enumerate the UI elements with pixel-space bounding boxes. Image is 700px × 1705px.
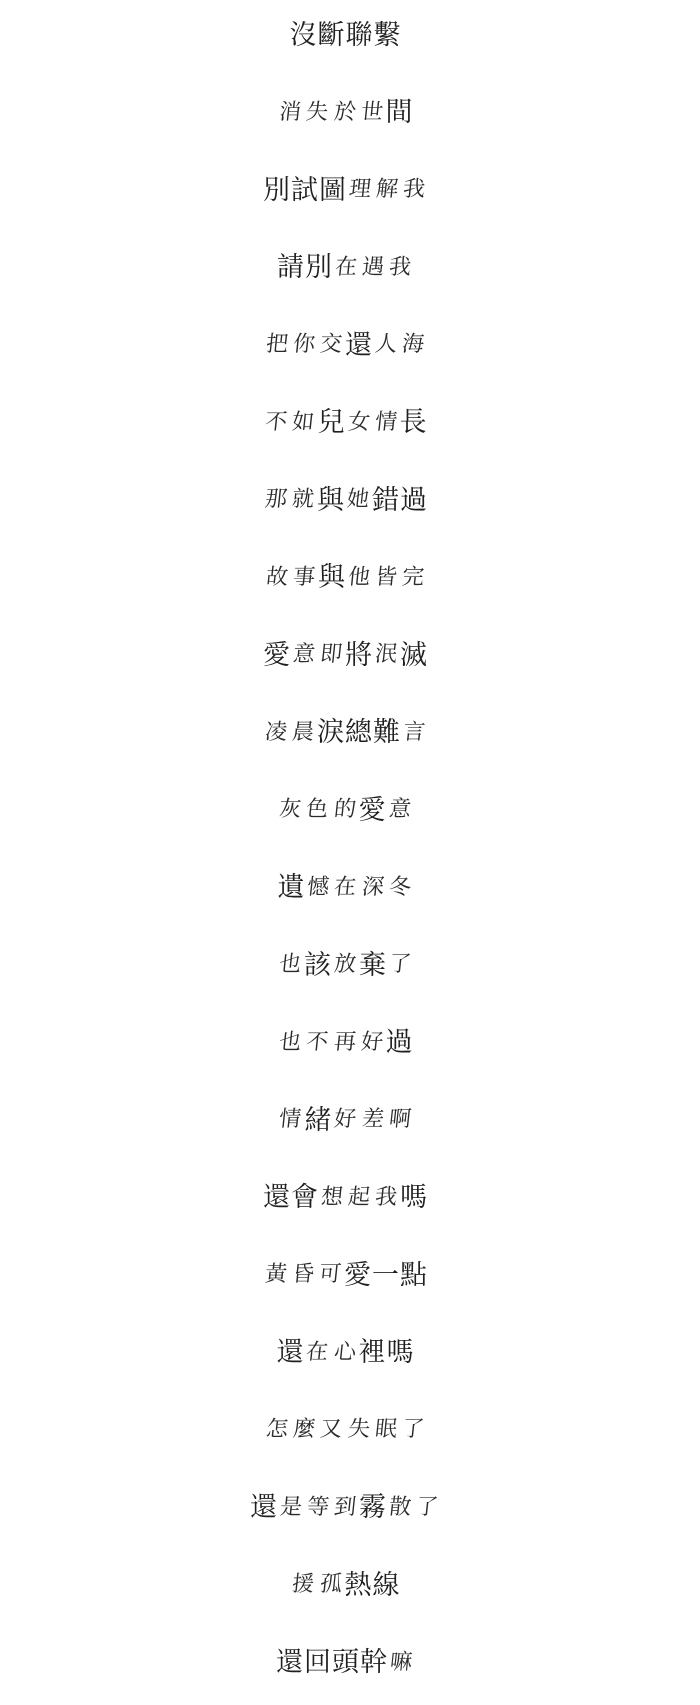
poem-character: 錯 xyxy=(372,487,399,514)
poem-character: 完 xyxy=(401,567,425,589)
poem-line: 消失於世間 xyxy=(0,93,690,133)
poem-character: 消 xyxy=(278,102,302,124)
poem-character: 難 xyxy=(373,719,400,746)
poem-line: 黃昏可愛一點 xyxy=(0,1255,690,1295)
poem-line: 也該放棄了 xyxy=(0,945,690,985)
poem-character: 了 xyxy=(400,1419,424,1441)
poem-character: 憾 xyxy=(306,877,330,899)
poem-character: 聯 xyxy=(346,22,373,49)
poem-character: 好 xyxy=(359,1032,383,1054)
poem-character: 在 xyxy=(305,1342,329,1364)
poem-line: 還會想起我嗎 xyxy=(0,1178,690,1218)
poem-character: 意 xyxy=(292,644,316,666)
poem-character: 孤 xyxy=(318,1574,342,1596)
poem-character: 我 xyxy=(388,257,412,279)
poem-character: 於 xyxy=(332,102,356,124)
poem-character: 再 xyxy=(332,1032,356,1054)
poem-character: 將 xyxy=(345,642,372,669)
poem-character: 皆 xyxy=(374,567,398,589)
poem-character: 眠 xyxy=(373,1419,397,1441)
poem-character: 繫 xyxy=(374,22,401,49)
poem-character: 了 xyxy=(388,954,412,976)
poem-character: 差 xyxy=(360,1109,384,1131)
poem-line: 遺憾在深冬 xyxy=(0,868,690,908)
poem-character: 還 xyxy=(276,1339,303,1366)
poem-character: 愛 xyxy=(263,642,290,669)
poem-character: 怎 xyxy=(265,1419,289,1441)
poem-character: 把 xyxy=(265,334,289,356)
poem-character: 試 xyxy=(291,177,318,204)
poem-character: 解 xyxy=(375,179,399,201)
poem-line: 那就與她錯過 xyxy=(0,480,690,520)
poem-line: 還是等到霧散了 xyxy=(0,1488,690,1528)
poem-character: 失 xyxy=(305,102,329,124)
poem-character: 昏 xyxy=(291,1264,315,1286)
poem-character: 我 xyxy=(402,179,426,201)
poem-character: 可 xyxy=(318,1264,342,1286)
poem-character: 到 xyxy=(333,1497,357,1519)
poem-character: 過 xyxy=(400,487,427,514)
poem-character: 滅 xyxy=(400,642,427,669)
poem-character: 總 xyxy=(345,719,372,746)
poem-character: 過 xyxy=(386,1029,413,1056)
poem-character: 嗎 xyxy=(400,1184,427,1211)
poem-character: 還 xyxy=(276,1649,303,1676)
poem-character: 女 xyxy=(346,412,370,434)
poem-character: 還 xyxy=(345,332,372,359)
poem-character: 就 xyxy=(291,489,315,511)
poem-character: 沒 xyxy=(290,22,317,49)
poem-character: 不 xyxy=(305,1032,329,1054)
poem-character: 在 xyxy=(334,257,358,279)
poem-line: 不如兒女情長 xyxy=(0,403,690,443)
poem-character: 兒 xyxy=(318,409,345,436)
poem-character: 放 xyxy=(333,954,357,976)
poem-character: 晨 xyxy=(291,722,315,744)
poem-character: 頭 xyxy=(332,1649,359,1676)
poem-character: 線 xyxy=(373,1572,400,1599)
poem-line: 援孤熱線 xyxy=(0,1565,690,1605)
poem-character: 你 xyxy=(292,334,316,356)
poem-character: 人 xyxy=(374,334,398,356)
poem-line: 還回頭幹嘛 xyxy=(0,1643,690,1683)
poem-character: 也 xyxy=(278,1032,302,1054)
poem-character: 交 xyxy=(319,334,343,356)
poem-character: 長 xyxy=(400,409,427,436)
poem-character: 與 xyxy=(318,564,345,591)
poem-character: 圖 xyxy=(319,177,346,204)
poem-line: 凌晨淚總難言 xyxy=(0,713,690,753)
poem-character: 間 xyxy=(386,99,413,126)
poem-character: 緒 xyxy=(304,1107,331,1134)
poem-character: 色 xyxy=(305,799,329,821)
poem-character: 那 xyxy=(264,489,288,511)
poem-character: 她 xyxy=(346,489,370,511)
poem-line: 把你交還人海 xyxy=(0,325,690,365)
poem-character: 熱 xyxy=(345,1572,372,1599)
poem-character: 棄 xyxy=(359,952,386,979)
poem-character: 也 xyxy=(278,954,302,976)
poem-character: 散 xyxy=(388,1497,412,1519)
poem-character: 嘛 xyxy=(389,1652,413,1674)
poem-character: 泯 xyxy=(374,644,398,666)
poem-character: 麼 xyxy=(292,1419,316,1441)
poem-character: 別 xyxy=(305,254,332,281)
poem-character: 即 xyxy=(319,644,343,666)
poem-character: 別 xyxy=(263,177,290,204)
poem-character: 的 xyxy=(332,799,356,821)
poem-character: 故 xyxy=(265,567,289,589)
poem-character: 點 xyxy=(400,1262,427,1289)
poem-line: 愛意即將泯滅 xyxy=(0,635,690,675)
poem-character: 與 xyxy=(317,487,344,514)
poem-character: 裡 xyxy=(359,1339,386,1366)
poem-character: 想 xyxy=(320,1187,344,1209)
poem-character: 遺 xyxy=(277,874,304,901)
poem-character: 等 xyxy=(306,1497,330,1519)
poem-character: 該 xyxy=(304,952,331,979)
poem-character: 灰 xyxy=(278,799,302,821)
poem-character: 霧 xyxy=(359,1494,386,1521)
poem-character: 是 xyxy=(279,1497,303,1519)
poem-line: 怎麼又失眠了 xyxy=(0,1410,690,1450)
poem-character: 凌 xyxy=(264,722,288,744)
poem-character: 幹 xyxy=(360,1649,387,1676)
poem-character: 啊 xyxy=(387,1109,411,1131)
poem-character: 深 xyxy=(360,877,384,899)
poem-character: 好 xyxy=(333,1109,357,1131)
poem-character: 起 xyxy=(347,1187,371,1209)
poem-character: 事 xyxy=(292,567,316,589)
poem-character: 還 xyxy=(263,1184,290,1211)
poem-character: 心 xyxy=(332,1342,356,1364)
poem-line: 情緒好差啊 xyxy=(0,1100,690,1140)
poem-character: 一 xyxy=(372,1262,399,1289)
poem-character: 回 xyxy=(304,1649,331,1676)
poem-character: 淚 xyxy=(317,719,344,746)
poem-character: 言 xyxy=(402,722,426,744)
poem-character: 嗎 xyxy=(387,1339,414,1366)
poem-character: 遇 xyxy=(361,257,385,279)
poem-character: 我 xyxy=(374,1187,398,1209)
poem-character: 冬 xyxy=(387,877,411,899)
poem-line: 也不再好過 xyxy=(0,1023,690,1063)
poem-character: 在 xyxy=(333,877,357,899)
poem-character: 不 xyxy=(264,412,288,434)
poem-character: 海 xyxy=(401,334,425,356)
poem-line: 灰色的愛意 xyxy=(0,790,690,830)
poem-character: 斷 xyxy=(318,22,345,49)
poem-character: 黃 xyxy=(264,1264,288,1286)
poem-character: 愛 xyxy=(359,797,386,824)
poem-character: 請 xyxy=(277,254,304,281)
poem-character: 理 xyxy=(348,179,372,201)
poem-line: 別試圖理解我 xyxy=(0,170,690,210)
poem-character: 了 xyxy=(415,1497,439,1519)
poem-character: 如 xyxy=(291,412,315,434)
poem-character: 又 xyxy=(319,1419,343,1441)
poem-character: 情 xyxy=(278,1109,302,1131)
poem-line: 還在心裡嗎 xyxy=(0,1333,690,1373)
poem-character: 他 xyxy=(347,567,371,589)
poem-line: 請別在遇我 xyxy=(0,248,690,288)
poem-line: 沒斷聯繫 xyxy=(0,15,690,55)
poem-character: 世 xyxy=(359,102,383,124)
poem-character: 還 xyxy=(250,1494,277,1521)
poem-character: 失 xyxy=(346,1419,370,1441)
poem-character: 愛 xyxy=(344,1262,371,1289)
poem-character: 援 xyxy=(291,1574,315,1596)
poem-character: 情 xyxy=(373,412,397,434)
poem-line: 故事與他皆完 xyxy=(0,558,690,598)
poem-character: 意 xyxy=(387,799,411,821)
poem-character: 會 xyxy=(291,1184,318,1211)
